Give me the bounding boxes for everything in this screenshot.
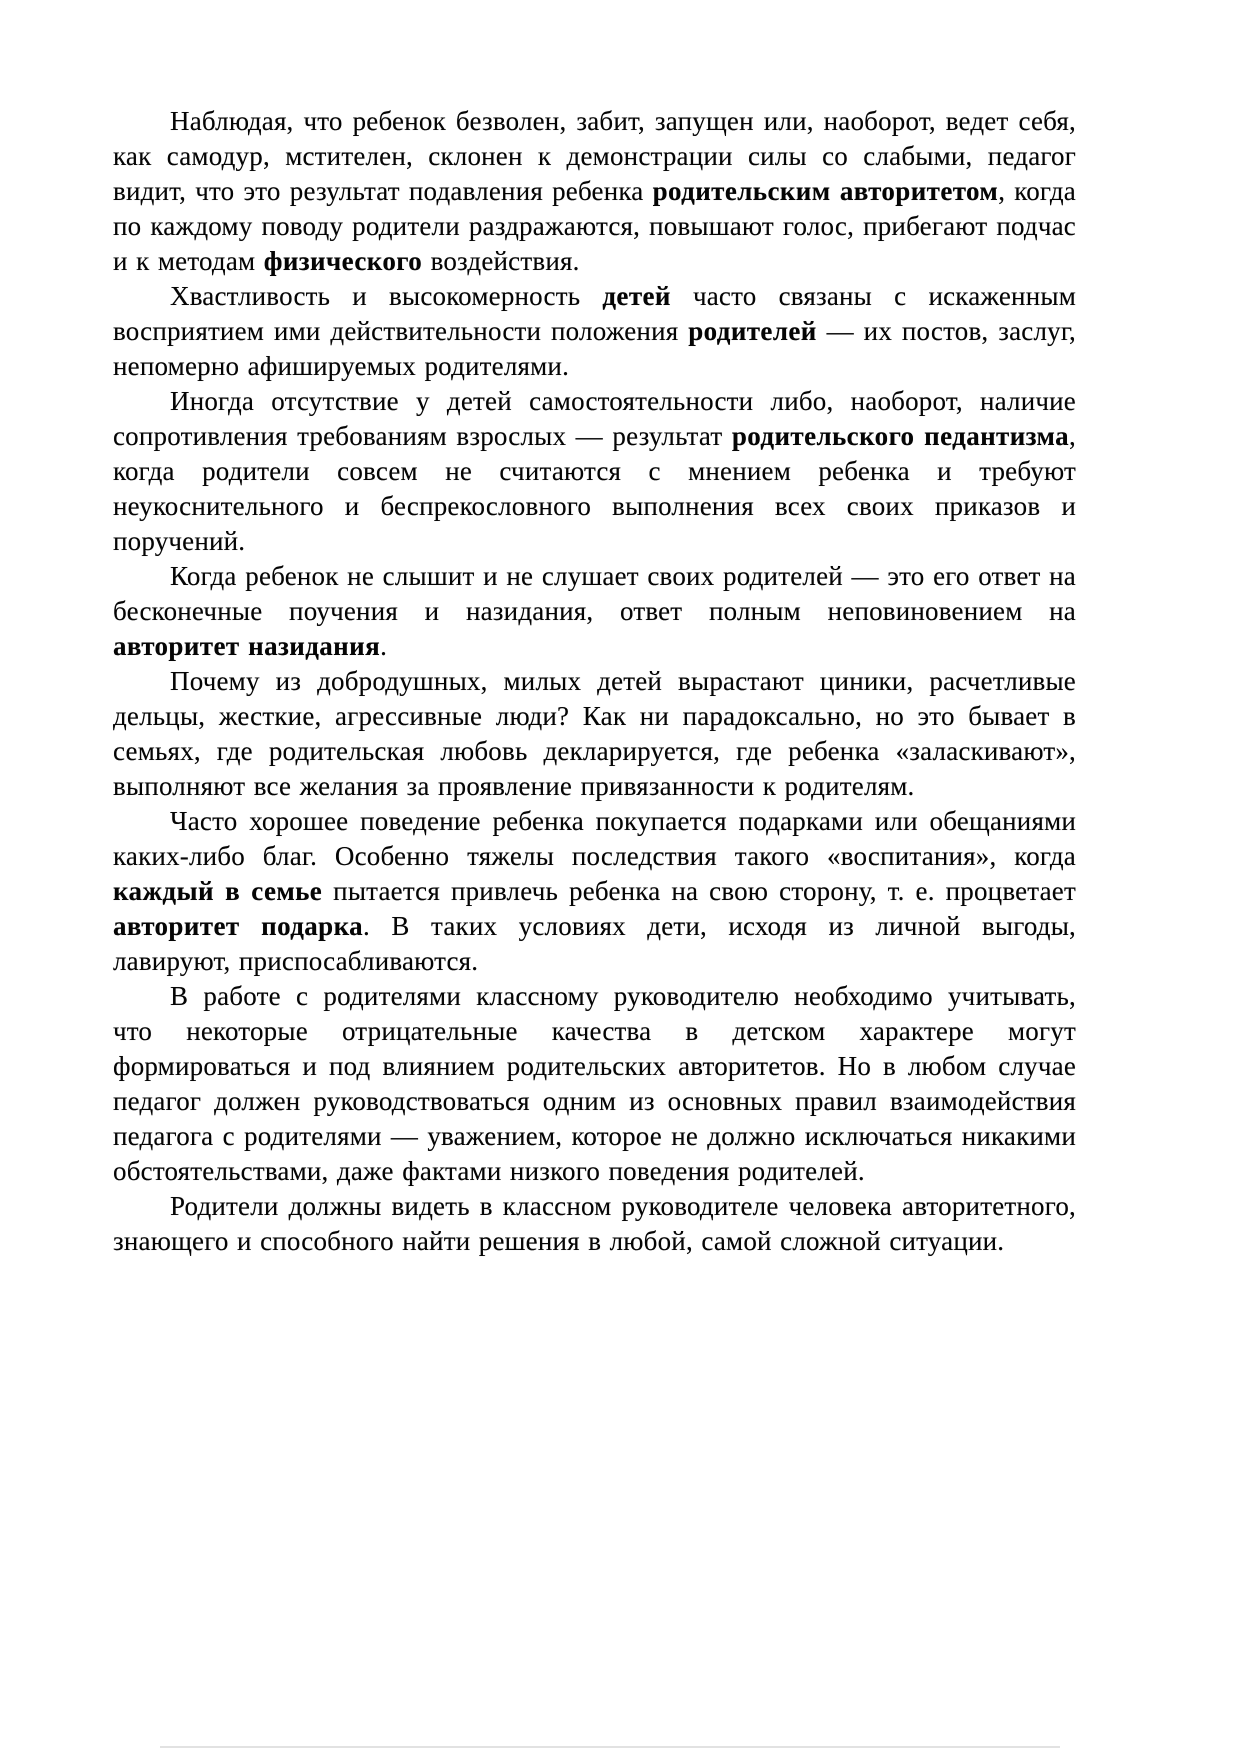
scanned-page: Наблюдая, что ребенок безволен, забит, з… [0,0,1240,1754]
paragraph: В работе с родителями классному руководи… [113,979,1076,1189]
text-run: пытается привлечь ребенка на свою сторон… [322,876,1076,906]
paragraph: Наблюдая, что ребенок безволен, забит, з… [113,104,1076,279]
paragraph: Почему из добродушных, милых детей вырас… [113,664,1076,804]
bold-term: родительским авторитетом [653,176,999,206]
bold-term: авторитет подарка [113,911,363,941]
bold-term: каждый в семье [113,876,322,906]
text-run: В работе с родителями классному руководи… [113,981,1076,1186]
text-run: Часто хорошее поведение ребенка покупает… [113,806,1076,871]
text-run: Когда ребенок не слышит и не слушает сво… [113,561,1076,626]
paragraph: Иногда отсутствие у детей самостоятельно… [113,384,1076,559]
text-run: Хвастливость и высокомерность [170,281,602,311]
bold-term: родителей [688,316,817,346]
bold-term: детей [602,281,670,311]
bold-term: авторитет назидания [113,631,380,661]
paragraph: Часто хорошее поведение ребенка покупает… [113,804,1076,979]
paragraph: Родители должны видеть в классном руково… [113,1189,1076,1259]
text-block: Наблюдая, что ребенок безволен, забит, з… [113,104,1076,1259]
text-run: воздействия. [422,246,579,276]
scan-artifact-line [160,1746,1060,1748]
bold-term: родительского педантизма [732,421,1069,451]
text-run: Почему из добродушных, милых детей вырас… [113,666,1076,801]
text-run: . [380,631,387,661]
paragraph: Хвастливость и высокомерность детей част… [113,279,1076,384]
text-run: Родители должны видеть в классном руково… [113,1191,1076,1256]
bold-term: физического [264,246,422,276]
paragraph: Когда ребенок не слышит и не слушает сво… [113,559,1076,664]
